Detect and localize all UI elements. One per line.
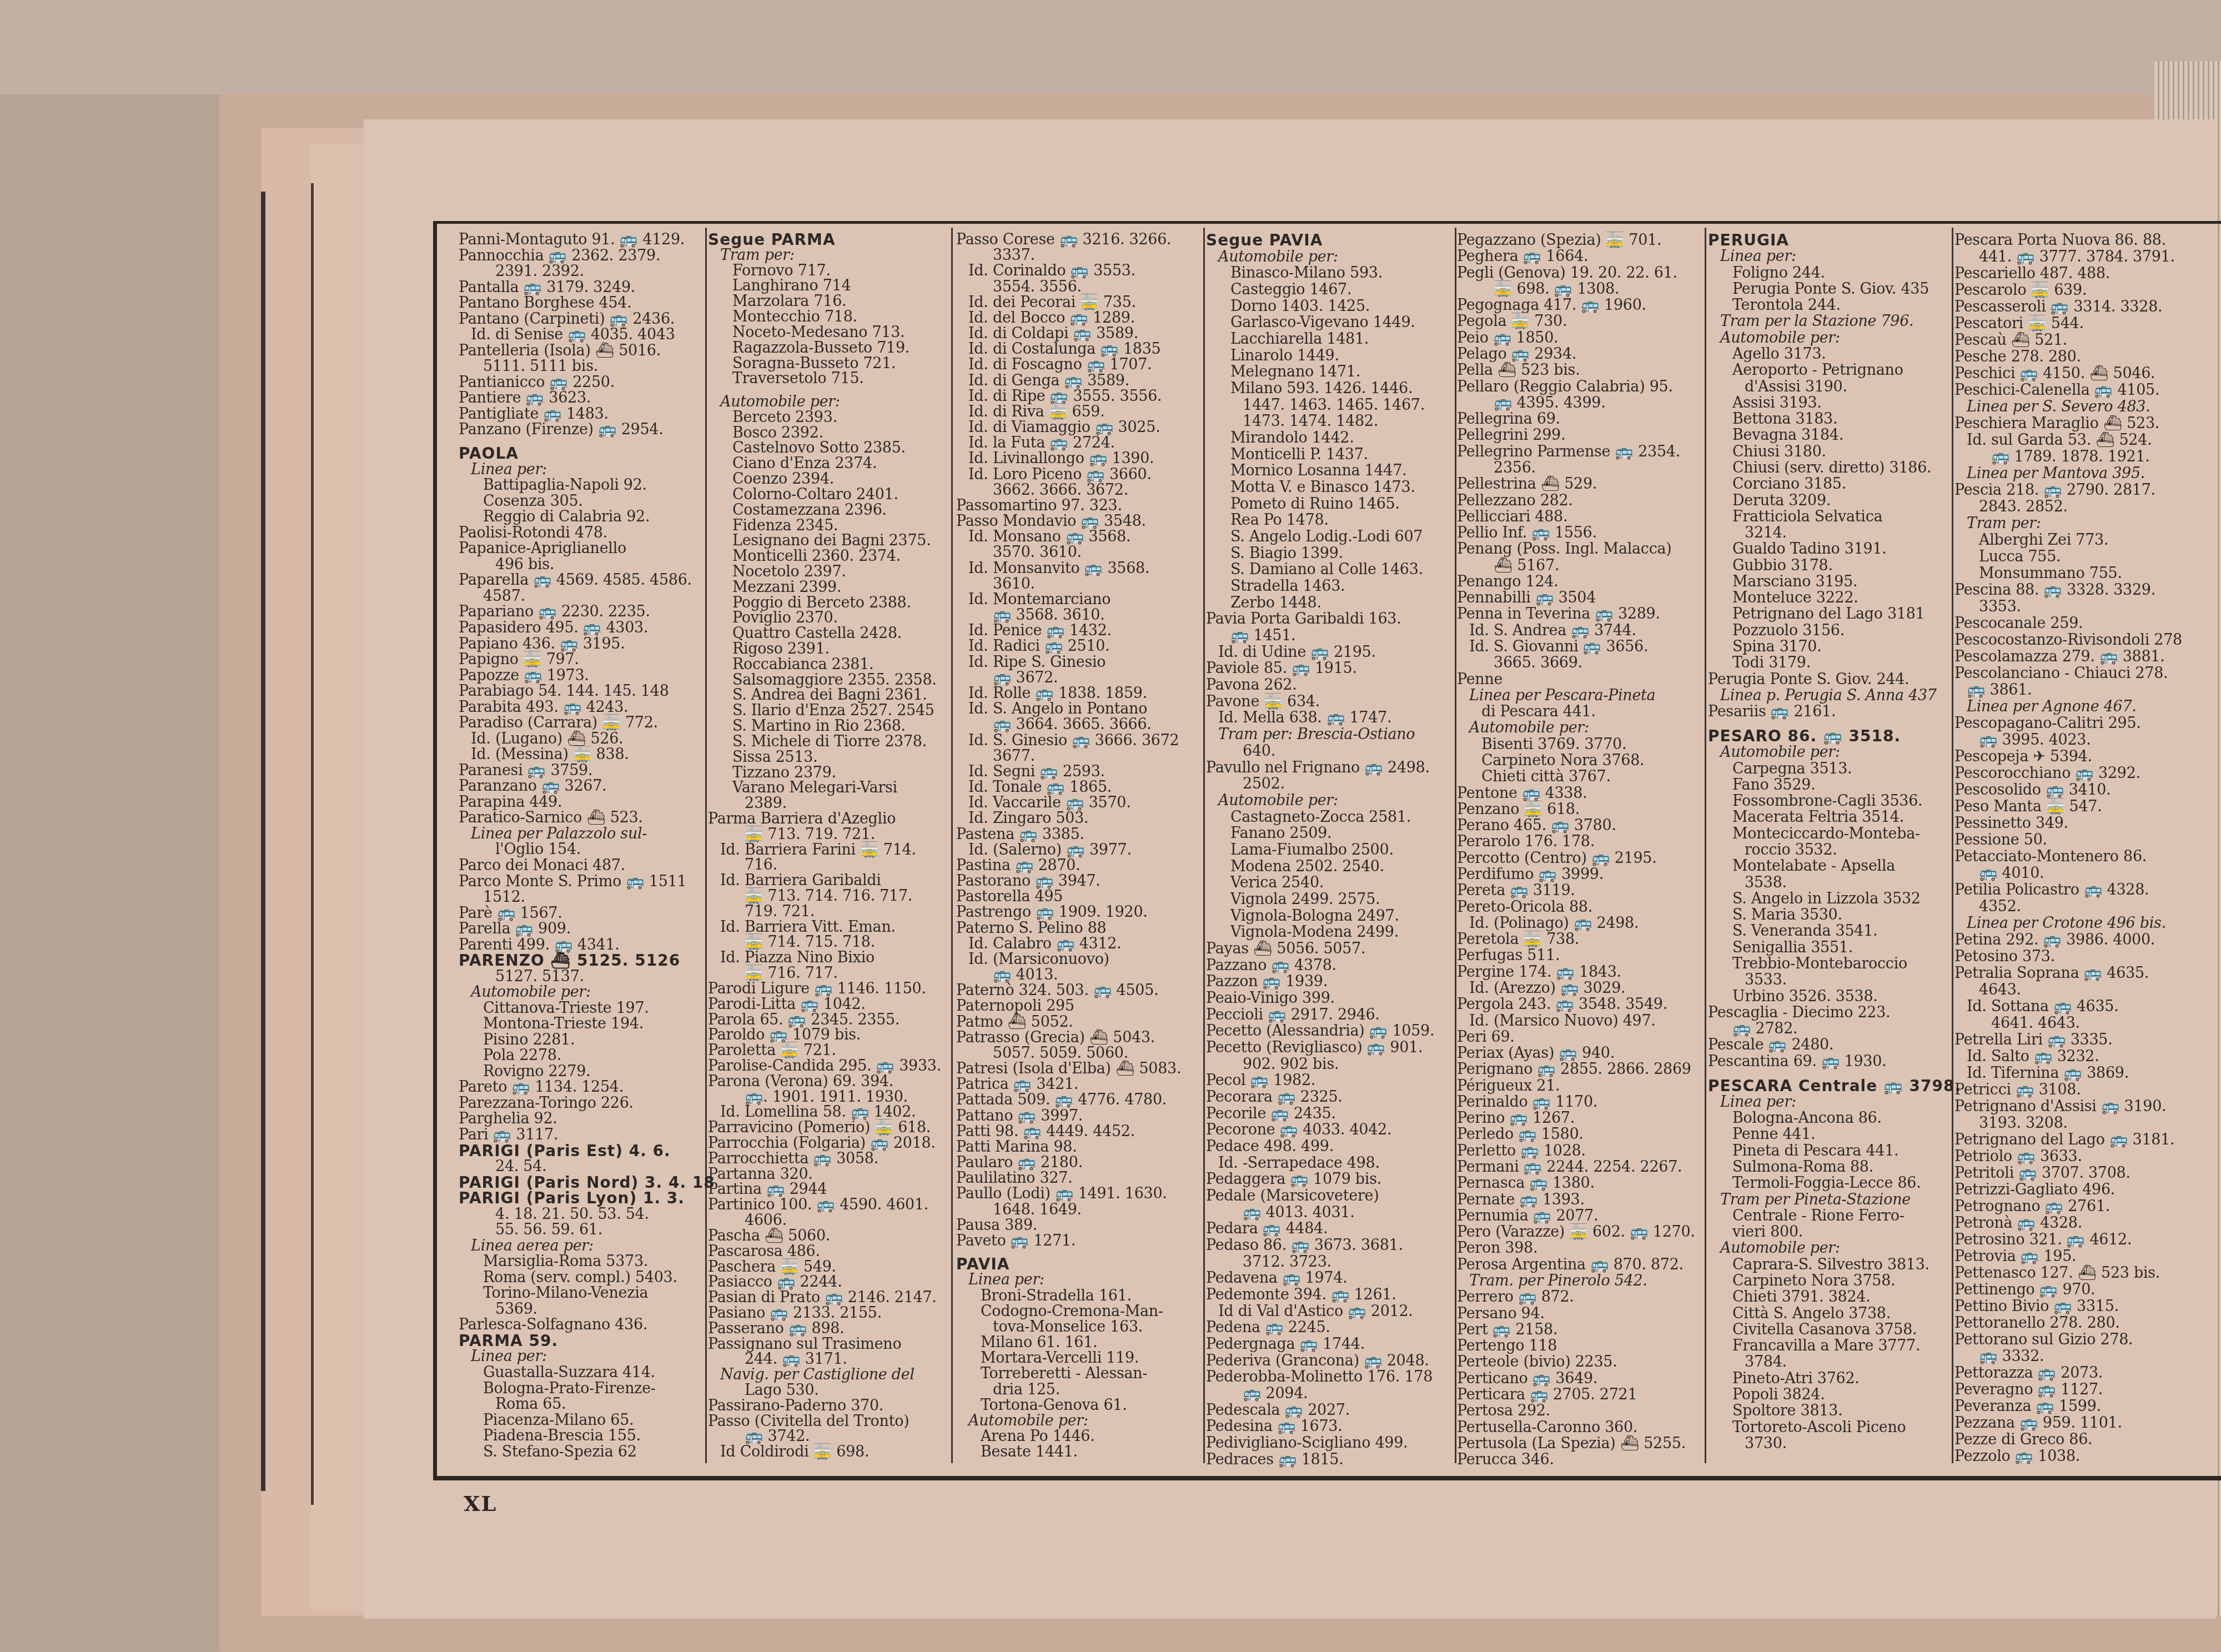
index-entry: 🚌 3672. xyxy=(956,670,1200,686)
index-entry: Id. di Genga 🚌 3589. xyxy=(956,373,1200,389)
index-entry: 3554. 3556. xyxy=(956,279,1200,295)
index-entry: Pella ⛴ 523 bis. xyxy=(1457,362,1703,378)
index-entry: 441. 🚌 3777. 3784. 3791. xyxy=(1954,249,2215,265)
index-entry: Linea per: xyxy=(1708,248,1950,264)
index-entry: Pezzolo 🚌 1038. xyxy=(1954,1448,2215,1465)
index-entry: Montecchio 718. xyxy=(708,309,949,325)
page-rule xyxy=(261,192,265,1491)
index-entry: Automobile per: xyxy=(956,1413,1200,1429)
index-entry: Salsomaggiore 2355. 2358. xyxy=(708,672,949,688)
index-entry: Pareto 🚌 1134. 1254. xyxy=(459,1079,703,1096)
index-entry: Petrignano del Lago 3181 xyxy=(1708,606,1950,622)
index-entry: Agello 3173. xyxy=(1708,346,1950,362)
index-entry: Pellestrina ⛴ 529. xyxy=(1457,476,1703,492)
index-entry: 3730. xyxy=(1708,1435,1950,1452)
index-entry: Nocetolo 2397. xyxy=(708,564,949,580)
index-entry: S. Angelo Lodig.-Lodi 607 xyxy=(1206,529,1453,545)
index-entry: Id. di Riva 🚋 659. xyxy=(956,404,1200,420)
index-entry: Peaio-Vinigo 399. xyxy=(1206,990,1453,1007)
index-entry: Id. (Arezzo) 🚌 3029. xyxy=(1457,980,1703,996)
index-entry: 🚌 2094. xyxy=(1206,1385,1453,1402)
index-entry: Penne 441. xyxy=(1708,1126,1950,1142)
index-entry: Pedescala 🚌 2027. xyxy=(1206,1402,1453,1419)
index-entry: Id. S. Angelo in Pontano xyxy=(956,701,1200,717)
index-entry: Perinaldo 🚌 1170. xyxy=(1457,1094,1703,1110)
index-entry: Id. Livinallongo 🚌 1390. xyxy=(956,451,1200,466)
index-entry: Id. Piazza Nino Bixio xyxy=(708,950,949,966)
index-entry: Id. Tonale 🚌 1865. xyxy=(956,780,1200,795)
index-entry: Linea per Pescara-Pineta xyxy=(1457,687,1703,704)
index-heading: Segue PAVIA xyxy=(1206,232,1453,249)
index-entry: 2843. 2852. xyxy=(1954,499,2215,515)
index-entry: Paranzano 🚌 3267. xyxy=(459,779,703,795)
index-entry: Pescocanale 259. xyxy=(1954,615,2215,632)
page-rule xyxy=(311,183,314,1505)
index-entry: Monsummano 755. xyxy=(1954,565,2215,582)
index-entry: Paternò 324. 503. 🚌 4505. xyxy=(956,983,1200,998)
index-entry: Pometo di Ruino 1465. xyxy=(1206,496,1453,513)
index-entry: Parrocchietta 🚌 3058. xyxy=(708,1151,949,1167)
index-entry: Pegli (Genova) 19. 20. 22. 61. xyxy=(1457,265,1703,281)
index-entry: 3712. 3723. xyxy=(1206,1254,1453,1271)
index-entry: Perrero 🚌 872. xyxy=(1457,1289,1703,1305)
index-entry: Passomartino 97. 323. xyxy=(956,498,1200,514)
index-entry: Pessinetto 349. xyxy=(1954,815,2215,832)
index-entry: Pannocchia 🚌 2362. 2379. xyxy=(459,248,703,264)
index-entry: Pastrengo 🚌 1909. 1920. xyxy=(956,905,1200,920)
index-entry: Paularo 🚌 2180. xyxy=(956,1155,1200,1171)
index-entry: Pesche 278. 280. xyxy=(1954,349,2215,365)
index-entry: Linea per: xyxy=(956,1272,1200,1288)
index-entry: Parravicino (Pomerio) 🚋 618. xyxy=(708,1120,949,1136)
index-entry: Id. Ripe S. Ginesio xyxy=(956,655,1200,670)
index-entry: Petrella Liri 🚌 3335. xyxy=(1954,1032,2215,1048)
index-entry: Navig. per Castiglione del xyxy=(708,1367,949,1383)
index-entry: Pettino Bivio 🚌 3315. xyxy=(1954,1298,2215,1315)
index-entry: 5369. xyxy=(459,1302,703,1318)
index-entry: Automobile per: xyxy=(1457,720,1703,736)
index-entry: roccio 3532. xyxy=(1708,842,1950,858)
column-divider xyxy=(1952,228,1953,1463)
index-entry: Id. la Futa 🚌 2724. xyxy=(956,435,1200,451)
index-entry: Id. sul Garda 53. ⛴ 524. xyxy=(1954,432,2215,449)
index-entry: Parma Barriera d'Azeglio xyxy=(708,811,949,827)
index-entry: 3784. xyxy=(1708,1354,1950,1370)
index-entry: S. Andrea dei Bagni 2361. xyxy=(708,687,949,703)
index-entry: S. Veneranda 3541. xyxy=(1708,923,1950,939)
index-entry: Binasco-Milano 593. xyxy=(1206,265,1453,282)
index-entry: Id. (Lugano) ⛴ 526. xyxy=(459,731,703,747)
index-entry: 4641. 4643. xyxy=(1954,1015,2215,1032)
index-entry: Pertengo 118 xyxy=(1457,1338,1703,1354)
index-entry: Rigoso 2391. xyxy=(708,641,949,657)
index-entry: Ragazzola-Busseto 719. xyxy=(708,340,949,356)
index-entry: Linea per Mantova 395. xyxy=(1954,465,2215,482)
index-entry: Automobile per: xyxy=(1708,330,1950,346)
index-entry: S. Ilario d'Enza 2527. 2545 xyxy=(708,703,949,719)
index-entry: Id. Barriera Garibaldi xyxy=(708,873,949,888)
index-entry: Perino 🚌 1267. xyxy=(1457,1110,1703,1126)
index-entry: Pellio Inf. 🚌 1556. xyxy=(1457,525,1703,541)
index-entry: Popoli 3824. xyxy=(1708,1387,1950,1403)
index-entry: Pescarolo 🚋 639. xyxy=(1954,282,2215,299)
index-entry: Pertusola (La Spezia) ⛴ 5255. xyxy=(1457,1435,1703,1452)
index-entry: Macerata Feltria 3514. xyxy=(1708,809,1950,825)
index-entry: Petrognano 🚌 2761. xyxy=(1954,1198,2215,1215)
index-entry: Pola 2278. xyxy=(459,1048,703,1064)
index-entry: Id. dei Pecorai 🚋 735. xyxy=(956,295,1200,310)
index-entry: Id. Radici 🚌 2510. xyxy=(956,639,1200,654)
index-entry: Pastorella 495 xyxy=(956,889,1200,905)
index-entry: 🚌. 1901. 1911. 1930. xyxy=(708,1089,949,1105)
index-column-4: Segue PAVIAAutomobile per:Binasco-Milano… xyxy=(1206,232,1453,1468)
index-entry: Pedale (Marsicovetere) xyxy=(1206,1188,1453,1204)
index-entry: Pazzon 🚌 1939. xyxy=(1206,973,1453,990)
index-entry: Pedaggera 🚌 1079 bis. xyxy=(1206,1171,1453,1188)
index-entry: Papozze 🚌 1973. xyxy=(459,668,703,684)
index-entry: Id. Sottana 🚌 4635. xyxy=(1954,998,2215,1015)
index-entry: di Pescara 441. xyxy=(1457,704,1703,720)
index-entry: Id. Zingaro 503. xyxy=(956,811,1200,826)
index-entry: Terontola 244. xyxy=(1708,297,1950,313)
index-entry: Pescaglia - Diecimo 223. xyxy=(1708,1005,1950,1021)
index-entry: Roma 65. xyxy=(459,1397,703,1413)
index-entry: Gubbio 3178. xyxy=(1708,558,1950,574)
index-entry: Urbino 3526. 3538. xyxy=(1708,988,1950,1005)
index-entry: 3353. xyxy=(1954,599,2215,615)
index-entry: S. Biagio 1399. xyxy=(1206,545,1453,562)
index-entry: Pegola 🚋 730. xyxy=(1457,313,1703,329)
index-entry: Parlesca-Solfagnano 436. xyxy=(459,1317,703,1333)
index-entry: Pescara Porta Nuova 86. 88. xyxy=(1954,232,2215,249)
index-entry: Bosco 2392. xyxy=(708,425,949,441)
column-divider xyxy=(1203,228,1205,1463)
index-entry: Lacchiarella 1481. xyxy=(1206,331,1453,348)
index-entry: Cittanova-Trieste 197. xyxy=(459,1001,703,1017)
index-entry: 3662. 3666. 3672. xyxy=(956,483,1200,498)
index-entry: Petrignano d'Assisi 🚌 3190. xyxy=(1954,1098,2215,1115)
index-entry: Parapina 449. xyxy=(459,795,703,811)
index-entry: 🚌 4013. 4031. xyxy=(1206,1204,1453,1221)
index-entry: Pedace 498. 499. xyxy=(1206,1138,1453,1155)
index-entry: Linea per: xyxy=(459,1349,703,1365)
index-entry: Id. Calabro 🚌 4312. xyxy=(956,936,1200,952)
index-entry: Pedavena 🚌 1974. xyxy=(1206,1270,1453,1287)
index-entry: 🚌 3742. xyxy=(708,1429,949,1444)
index-entry: Peghera 🚌 1664. xyxy=(1457,248,1703,264)
index-heading: PARIGI (Paris Nord) 3. 4. 18 xyxy=(459,1175,703,1191)
index-entry: Parella 🚌 909. xyxy=(459,921,703,937)
index-entry: Gualdo Tadino 3191. xyxy=(1708,541,1950,557)
index-entry: Parè 🚌 1567. xyxy=(459,906,703,922)
index-entry: Id. (Salerno) 🚌 3977. xyxy=(956,842,1200,858)
index-entry: Linea per Palazzolo sul- xyxy=(459,826,703,842)
index-entry: 🚌 3332. xyxy=(1954,1348,2215,1365)
index-entry: Linarolo 1449. xyxy=(1206,348,1453,364)
index-entry: Panni-Montaguto 91. 🚌 4129. xyxy=(459,232,703,248)
index-entry: Roccabianca 2381. xyxy=(708,657,949,672)
index-entry: Petralia Soprana 🚌 4635. xyxy=(1954,965,2215,982)
index-entry: Sissa 2513. xyxy=(708,750,949,765)
index-entry: Pettoranello 278. 280. xyxy=(1954,1315,2215,1332)
index-entry: Bevagna 3184. xyxy=(1708,427,1950,443)
index-entry: Perugia Ponte S. Giov. 435 xyxy=(1708,281,1950,297)
index-entry: 🚌 3861. xyxy=(1954,682,2215,699)
index-entry: Petacciato-Montenero 86. xyxy=(1954,848,2215,865)
index-entry: Linea p. Perugia S. Anna 437 xyxy=(1708,687,1950,704)
index-entry: Pedemonte 394. 🚌 1261. xyxy=(1206,1287,1453,1303)
index-entry: Linea per: xyxy=(1708,1094,1950,1110)
index-entry: Id. di Foscagno 🚌 1707. xyxy=(956,357,1200,373)
index-entry: Pecetto (Alessandria) 🚌 1059. xyxy=(1206,1023,1453,1040)
index-entry: Traversetolo 715. xyxy=(708,371,949,386)
index-entry: Francavilla a Mare 3777. xyxy=(1708,1338,1950,1354)
index-entry: Corciano 3185. xyxy=(1708,476,1950,492)
index-entry: Id. di Ripe 🚌 3555. 3556. xyxy=(956,389,1200,404)
index-entry: Spina 3170. xyxy=(1708,639,1950,655)
index-entry: 3337. xyxy=(956,248,1200,263)
index-entry: Papasidero 495. 🚌 4303. xyxy=(459,620,703,636)
index-entry: Alberghi Zei 773. xyxy=(1954,532,2215,549)
index-entry: 3570. 3610. xyxy=(956,545,1200,560)
index-entry: Soragna-Busseto 721. xyxy=(708,356,949,371)
index-entry: Id. di Udine 🚌 2195. xyxy=(1206,644,1453,661)
index-entry: Pantano Borghese 454. xyxy=(459,295,703,312)
index-entry: Id. -Serrapedace 498. xyxy=(1206,1155,1453,1172)
index-entry: 640. xyxy=(1206,743,1453,760)
index-entry: Id. (Messina) 🚋 838. xyxy=(459,747,703,763)
index-entry: Peveranza 🚌 1599. xyxy=(1954,1398,2215,1415)
index-entry: 1512. xyxy=(459,890,703,906)
index-entry: Fanano 2509. xyxy=(1206,825,1453,842)
index-entry: Paternopoli 295 xyxy=(956,998,1200,1014)
index-entry: 55. 56. 59. 61. xyxy=(459,1222,703,1238)
index-entry: Pescaù ⛴ 521. xyxy=(1954,332,2215,349)
index-entry: Penzano 🚋 618. xyxy=(1457,801,1703,817)
index-entry: Pettinengo 🚌 970. xyxy=(1954,1282,2215,1298)
index-entry: 3193. 3208. xyxy=(1954,1115,2215,1132)
index-entry: Fratticiola Selvatica xyxy=(1708,509,1950,525)
index-entry: Ciano d'Enza 2374. xyxy=(708,456,949,471)
index-entry: Automobile per: xyxy=(708,394,949,410)
index-entry: Id. (Polinago) 🚌 2498. xyxy=(1457,915,1703,931)
index-entry: Percotto (Centro) 🚌 2195. xyxy=(1457,850,1703,866)
index-entry: Paschera 🚋 549. xyxy=(708,1259,949,1275)
index-entry: Lama-Fiumalbo 2500. xyxy=(1206,842,1453,858)
index-entry: Passo Mondavio 🚌 3548. xyxy=(956,514,1200,529)
index-entry: Pattano 🚌 3997. xyxy=(956,1108,1200,1124)
index-entry: Petina 292. 🚌 3986. 4000. xyxy=(1954,932,2215,948)
index-entry: 1648. 1649. xyxy=(956,1202,1200,1218)
index-entry: Pasiano 🚌 2133. 2155. xyxy=(708,1305,949,1321)
index-column-5: Pegazzano (Spezia) 🚋 701.Peghera 🚌 1664.… xyxy=(1457,232,1703,1468)
index-entry: Id. Monsanvito 🚌 3568. xyxy=(956,561,1200,576)
index-entry: Castagneto-Zocca 2581. xyxy=(1206,809,1453,826)
index-entry: Id. di Senise 🚌 4035. 4043 xyxy=(459,327,703,343)
index-entry: Pellegrino Parmense 🚌 2354. xyxy=(1457,444,1703,460)
index-entry: Pavullo nel Frignano 🚌 2498. xyxy=(1206,760,1453,776)
index-entry: Mornico Losanna 1447. xyxy=(1206,463,1453,479)
index-entry: Parona (Verona) 69. 394. xyxy=(708,1074,949,1089)
index-entry: Civitella Casanova 3758. xyxy=(1708,1322,1950,1338)
index-entry: Perignano 🚌 2855. 2866. 2869 xyxy=(1457,1061,1703,1077)
index-entry: Perticano 🚌 3649. xyxy=(1457,1370,1703,1387)
index-entry: Automobile per: xyxy=(459,985,703,1001)
index-entry: Paroldo 🚌 1079 bis. xyxy=(708,1027,949,1043)
index-entry: Penango 124. xyxy=(1457,574,1703,590)
index-entry: Papiano 436. 🚌 3195. xyxy=(459,636,703,652)
index-entry: Pert 🚌 2158. xyxy=(1457,1322,1703,1338)
index-entry: Vignola-Modena 2499. xyxy=(1206,924,1453,941)
index-entry: Petritoli 🚌 3707. 3708. xyxy=(1954,1165,2215,1182)
index-entry: S. Damiano al Colle 1463. xyxy=(1206,561,1453,578)
index-entry: Id. S. Ginesio 🚌 3666. 3672 xyxy=(956,733,1200,749)
index-entry: Peveragno 🚌 1127. xyxy=(1954,1382,2215,1398)
index-entry: 🚌 1451. xyxy=(1206,627,1453,644)
index-entry: Pescopagano-Calitri 295. xyxy=(1954,715,2215,732)
index-entry: Pertosa 292. xyxy=(1457,1403,1703,1419)
index-entry: Chiusi (serv. diretto) 3186. xyxy=(1708,460,1950,476)
index-entry: Tortoreto-Ascoli Piceno xyxy=(1708,1419,1950,1435)
page-folio: XL xyxy=(464,1491,497,1516)
index-entry: Paullo (Lodi) 🚌 1491. 1630. xyxy=(956,1186,1200,1202)
index-heading: PARENZO ⛴ 5125. 5126 xyxy=(459,953,703,969)
index-entry: Coenzo 2394. xyxy=(708,471,949,487)
index-entry: Papanice-Apriglianello xyxy=(459,541,703,557)
index-entry: Paterno S. Pelino 88 xyxy=(956,921,1200,936)
index-entry: Pattada 509. 🚌 4776. 4780. xyxy=(956,1092,1200,1108)
index-entry: Automobile per: xyxy=(1206,249,1453,265)
index-entry: Pasiacco 🚌 2244. xyxy=(708,1274,949,1290)
index-entry: Pedena 🚌 2245. xyxy=(1206,1319,1453,1336)
index-entry: Pergola 243. 🚌 3548. 3549. xyxy=(1457,996,1703,1012)
index-entry: Patti Marina 98. xyxy=(956,1139,1200,1155)
index-entry: Rovigno 2279. xyxy=(459,1064,703,1080)
index-entry: Mezzani 2399. xyxy=(708,580,949,595)
index-entry: ⛴ 5167. xyxy=(1457,558,1703,574)
index-entry: Montelabate - Apsella xyxy=(1708,858,1950,874)
index-entry: Peschici 🚌 4150. ⛴ 5046. xyxy=(1954,365,2215,382)
index-entry: Id. Tifernina 🚌 3869. xyxy=(1954,1065,2215,1082)
index-entry: Patrica 🚌 3421. xyxy=(956,1077,1200,1092)
index-entry: Paradiso (Carrara) 🚋 772. xyxy=(459,715,703,731)
index-entry: Périgueux 21. xyxy=(1457,1078,1703,1094)
index-entry: Patti 98. 🚌 4449. 4452. xyxy=(956,1124,1200,1139)
index-entry: Monteciccardo-Monteba- xyxy=(1708,826,1950,842)
index-entry: Pernumia 🚌 2077. xyxy=(1457,1208,1703,1224)
index-entry: Passerano 🚌 898. xyxy=(708,1321,949,1337)
index-entry: Pecorone 🚌 4033. 4042. xyxy=(1206,1122,1453,1138)
index-entry: Guastalla-Suzzara 414. xyxy=(459,1365,703,1381)
index-entry: Parghelia 92. xyxy=(459,1111,703,1127)
index-entry: Pescolamazza 279. 🚌 3881. xyxy=(1954,649,2215,665)
index-entry: Id. di Viamaggio 🚌 3025. xyxy=(956,420,1200,435)
index-entry: Lesignano dei Bagni 2375. xyxy=(708,533,949,549)
index-entry: Bologna-Ancona 86. xyxy=(1708,1110,1950,1126)
index-entry: 4606. xyxy=(708,1213,949,1228)
index-entry: Paroletta 🚋 721. xyxy=(708,1043,949,1058)
index-entry: Penne xyxy=(1457,671,1703,687)
column-divider xyxy=(1455,228,1456,1463)
index-entry: Pedaso 86. 🚌 3673. 3681. xyxy=(1206,1237,1453,1254)
index-entry: Pellegrina 69. xyxy=(1457,411,1703,427)
index-entry: Parco Monte S. Primo 🚌 1511 xyxy=(459,874,703,890)
index-entry: Aeroporto - Petrignano xyxy=(1708,362,1950,378)
index-entry: Id. Vaccarile 🚌 3570. xyxy=(956,795,1200,811)
index-entry: 🚌 4013. xyxy=(956,967,1200,983)
index-entry: 🚋 698. 🚌 1308. xyxy=(1457,281,1703,297)
index-entry: Bologna-Prato-Firenze- xyxy=(459,1381,703,1397)
index-entry: Id. S. Andrea 🚌 3744. xyxy=(1457,622,1703,639)
index-entry: 902. 902 bis. xyxy=(1206,1056,1453,1073)
index-entry: 1473. 1474. 1482. xyxy=(1206,413,1453,430)
index-entry: Pantalla 🚌 3179. 3249. xyxy=(459,280,703,296)
index-entry: Casteggio 1467. xyxy=(1206,282,1453,298)
index-entry: Peron 398. xyxy=(1457,1240,1703,1256)
index-entry: Peio 🚌 1850. xyxy=(1457,330,1703,346)
index-entry: Città S. Angelo 3738. xyxy=(1708,1305,1950,1322)
index-entry: Marzolara 716. xyxy=(708,294,949,309)
index-entry: Poggio di Berceto 2388. xyxy=(708,595,949,611)
index-entry: Petriolo 🚌 3633. xyxy=(1954,1148,2215,1165)
index-entry: S. Stefano-Spezia 62 xyxy=(459,1444,703,1460)
index-entry: Peschiera Maraglio ⛴ 523. xyxy=(1954,415,2215,432)
index-entry: 4587. xyxy=(459,589,703,605)
index-entry: Perarolo 176. 178. xyxy=(1457,833,1703,850)
index-entry: 4643. xyxy=(1954,982,2215,998)
index-entry: 2356. xyxy=(1457,460,1703,476)
index-entry: Assisi 3193. xyxy=(1708,395,1950,411)
index-entry: Parabita 493. 🚌 4243. xyxy=(459,700,703,716)
index-entry: Broni-Stradella 161. xyxy=(956,1288,1200,1304)
index-entry: Pescatori 🚋 544. xyxy=(1954,315,2215,332)
index-entry: Pastena 🚌 3385. xyxy=(956,827,1200,842)
index-entry: Petricci 🚌 3108. xyxy=(1954,1082,2215,1098)
index-entry: Perticara 🚌 2705. 2721 xyxy=(1457,1387,1703,1403)
index-entry: Id. del Bocco 🚌 1289. xyxy=(956,310,1200,326)
index-column-7: Pescara Porta Nuova 86. 88.441. 🚌 3777. … xyxy=(1954,232,2215,1465)
index-entry: 🚌 3568. 3610. xyxy=(956,607,1200,623)
index-entry: Monteluce 3222. xyxy=(1708,590,1950,606)
index-entry: 🚌 2782. xyxy=(1708,1021,1950,1037)
index-entry: Petrosino 321. 🚌 4612. xyxy=(1954,1232,2215,1248)
index-entry: Pederiva (Grancona) 🚌 2048. xyxy=(1206,1353,1453,1369)
index-entry: 🚋 714. 715. 718. xyxy=(708,935,949,950)
index-entry: Pentone 🚌 4338. xyxy=(1457,785,1703,801)
index-entry: Pedivigliano-Scigliano 499. xyxy=(1206,1435,1453,1452)
index-entry: Deruta 3209. xyxy=(1708,493,1950,509)
index-entry: Paviole 85. 🚌 1915. xyxy=(1206,660,1453,677)
index-entry: Trebbio-Montebaroccio xyxy=(1708,956,1950,972)
index-entry: Peschici-Calenella 🚌 4105. xyxy=(1954,382,2215,399)
index-entry: Id. Loro Piceno 🚌 3660. xyxy=(956,467,1200,483)
index-entry: Linea aerea per: xyxy=(459,1238,703,1254)
index-entry: Parenti 499. 🚌 4341. xyxy=(459,937,703,953)
index-entry: Parezzana-Toringo 226. xyxy=(459,1096,703,1112)
index-entry: Pisino 2281. xyxy=(459,1032,703,1048)
index-entry: 5057. 5059. 5060. xyxy=(956,1046,1200,1061)
index-entry: Noceto-Medesano 713. xyxy=(708,325,949,340)
index-entry: Fornovo 717. xyxy=(708,263,949,279)
index-entry: Pantiere 🚌 3623. xyxy=(459,390,703,406)
index-entry: Id. Penice 🚌 1432. xyxy=(956,623,1200,639)
index-entry: Id. (Marsico Nuovo) 497. xyxy=(1457,1013,1703,1029)
index-entry: Panzano (Firenze) 🚌 2954. xyxy=(459,422,703,438)
index-entry: Pedergnaga 🚌 1744. xyxy=(1206,1336,1453,1353)
index-entry: 244. 🚌 3171. xyxy=(708,1352,949,1367)
index-entry: Petosino 373. xyxy=(1954,948,2215,965)
index-entry: Spoltore 3813. xyxy=(1708,1403,1950,1419)
